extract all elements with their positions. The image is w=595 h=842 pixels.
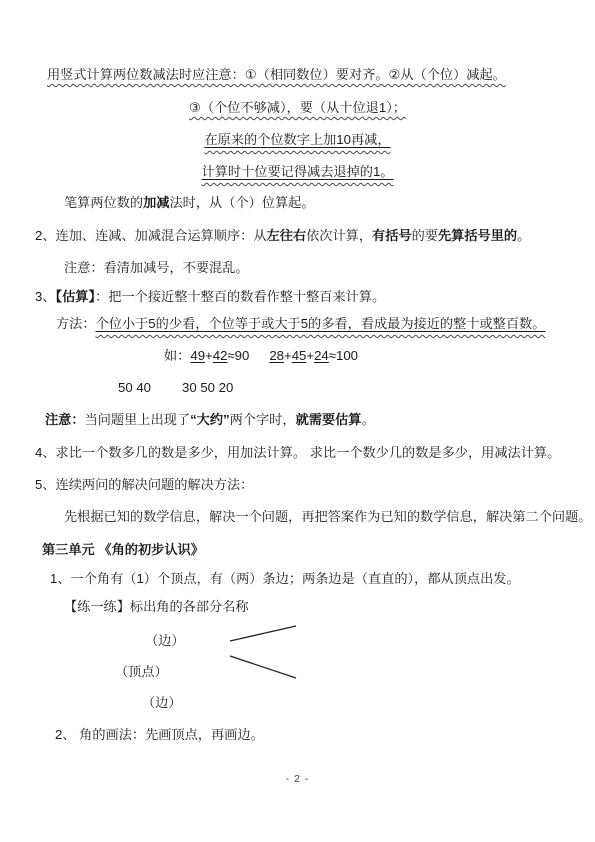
paragraph-borrow-rule-1: ③（个位不够减），要（从十位退1）； bbox=[0, 99, 595, 116]
heading-text: 第三单元 《角的初步认识》 bbox=[42, 542, 204, 557]
operator: + bbox=[284, 348, 292, 363]
squiggle-text: 计算时十位要记得减去退掉的1。 bbox=[202, 164, 394, 179]
estimation-examples: 如：49+42≈9028+45+24≈100 bbox=[164, 347, 358, 364]
text-segment: 3、 bbox=[35, 289, 56, 304]
text-segment: 如： bbox=[164, 348, 190, 363]
squiggle-text: 在原来的个位数字上加10再减， bbox=[204, 132, 390, 147]
underlined-text: 计算时十位要记得减去退掉的1。 bbox=[202, 164, 394, 179]
paragraph-angle-item-1: 1、一个角有（1）个顶点，有（两）条边；两条边是（直直的），都从顶点出发。 bbox=[50, 570, 520, 587]
approx-result: ≈90 bbox=[227, 348, 249, 363]
text-segment: 2、连加、连减、加减混合运算顺序：从 bbox=[35, 228, 267, 243]
paragraph-borrow-rule-3: 计算时十位要记得减去退掉的1。 bbox=[0, 163, 595, 180]
bold-text-segment: 【估算】 bbox=[56, 289, 96, 304]
text-segment: 方法： bbox=[56, 316, 96, 331]
bold-text-segment: 注意： bbox=[45, 412, 85, 427]
text-segment: 4、求比一个数多几的数是多少，用加法计算。 求比一个数少几的数是多少，用减法计算… bbox=[35, 445, 560, 460]
underlined-text: 个位小于5的少看，个位等于或大于5的多看，看成最为接近的整十或整百数。 bbox=[96, 316, 546, 331]
text-segment: 当问题里上出现了 bbox=[85, 412, 191, 427]
document-page: 用竖式计算两位数减法时应注意：①（相同数位）要对齐。②从（个位）减起。 ③（个位… bbox=[0, 0, 595, 842]
rounded-group-2: 30 50 20 bbox=[182, 380, 233, 395]
text-segment: 法时，从（个）位算起。 bbox=[170, 195, 315, 210]
paragraph-two-questions-method: 先根据已知的数学信息，解决一个问题，再把答案作为已知的数学信息，解决第二个问题。 bbox=[64, 508, 592, 525]
paragraph-estimation-method: 方法：个位小于5的少看，个位等于或大于5的多看，看成最为接近的整十或整百数。 bbox=[56, 315, 545, 332]
underlined-number: 42 bbox=[213, 348, 228, 363]
text-segment: 的要 bbox=[412, 228, 438, 243]
text-segment: 。 bbox=[517, 228, 530, 243]
bold-text-segment: 先算括号里的 bbox=[438, 228, 517, 243]
text-segment: 注意：看清加减号，不要混乱。 bbox=[64, 260, 249, 275]
underlined-number: 49 bbox=[190, 348, 205, 363]
text-segment: 两个字时， bbox=[230, 412, 296, 427]
text-segment: 1、一个角有（1）个顶点，有（两）条边；两条边是（直直的），都从顶点出发。 bbox=[50, 571, 520, 586]
paragraph-borrow-rule-2: 在原来的个位数字上加10再减， bbox=[0, 131, 595, 148]
unit-3-heading: 第三单元 《角的初步认识》 bbox=[42, 541, 204, 558]
squiggle-text: ③（个位不够减），要（从十位退1）； bbox=[189, 100, 406, 115]
angle-diagram: （边） （顶点） （边） bbox=[0, 618, 595, 726]
paragraph-subtraction-notes: 用竖式计算两位数减法时应注意：①（相同数位）要对齐。②从（个位）减起。 bbox=[47, 66, 506, 83]
bold-text-segment: 有括号 bbox=[372, 228, 412, 243]
underlined-text: 在原来的个位数字上加10再减， bbox=[204, 132, 390, 147]
underlined-number: 28 bbox=[269, 348, 284, 363]
approx-result: ≈100 bbox=[329, 348, 358, 363]
underlined-number: 24 bbox=[314, 348, 329, 363]
rounded-group-1: 50 40 bbox=[118, 380, 151, 395]
paragraph-written-calc: 笔算两位数的加减法时，从（个）位算起。 bbox=[64, 194, 315, 211]
text-segment: 先根据已知的数学信息，解决一个问题，再把答案作为已知的数学信息，解决第二个问题。 bbox=[64, 509, 592, 524]
angle-ray-top bbox=[230, 626, 296, 641]
text-segment: 。 bbox=[362, 412, 375, 427]
text-segment: 依次计算， bbox=[306, 228, 372, 243]
squiggle-text: 用竖式计算两位数减法时应注意：①（相同数位）要对齐。②从（个位）减起。 bbox=[47, 67, 506, 82]
text-segment: 5、连续两问的解决问题的解决方法： bbox=[35, 477, 253, 492]
squiggle-text: 个位小于5的少看，个位等于或大于5的多看，看成最为接近的整十或整百数。 bbox=[96, 316, 546, 331]
text-segment: 笔算两位数的 bbox=[64, 195, 143, 210]
paragraph-note-approx: 注意：当问题里上出现了“大约”两个字时，就需要估算。 bbox=[45, 411, 375, 428]
bold-text-segment: 左往右 bbox=[267, 228, 307, 243]
paragraph-item-2-mixed-operations: 2、连加、连减、加减混合运算顺序：从左往右依次计算，有括号的要先算括号里的。 bbox=[35, 227, 530, 244]
rounded-values: 50 4030 50 20 bbox=[118, 379, 233, 396]
angle-ray-bottom bbox=[230, 656, 296, 678]
paragraph-note-signs: 注意：看清加减号，不要混乱。 bbox=[64, 259, 249, 276]
page-number: - 2 - bbox=[0, 773, 595, 785]
text-segment: 2、 角的画法：先画顶点，再画边。 bbox=[55, 727, 264, 742]
paragraph-angle-item-2-drawing: 2、 角的画法：先画顶点，再画边。 bbox=[55, 726, 264, 743]
paragraph-practice-label: 【练一练】标出角的各部分名称 bbox=[64, 598, 249, 615]
paragraph-item-4-compare: 4、求比一个数多几的数是多少，用加法计算。 求比一个数少几的数是多少，用减法计算… bbox=[35, 444, 560, 461]
paragraph-item-3-estimation: 3、【估算】：把一个接近整十整百的数看作整十整百来计算。 bbox=[35, 288, 385, 305]
text-segment: ：把一个接近整十整百的数看作整十整百来计算。 bbox=[95, 289, 385, 304]
text-segment: 【练一练】标出角的各部分名称 bbox=[64, 599, 249, 614]
operator: + bbox=[205, 348, 213, 363]
bold-text-segment: 就需要估算 bbox=[296, 412, 362, 427]
angle-rays-svg bbox=[0, 618, 595, 726]
operator: + bbox=[306, 348, 314, 363]
bold-text-segment: “大约” bbox=[190, 412, 230, 427]
bold-text-segment: 加减 bbox=[143, 195, 169, 210]
paragraph-item-5-two-questions: 5、连续两问的解决问题的解决方法： bbox=[35, 476, 253, 493]
underlined-number: 45 bbox=[292, 348, 307, 363]
